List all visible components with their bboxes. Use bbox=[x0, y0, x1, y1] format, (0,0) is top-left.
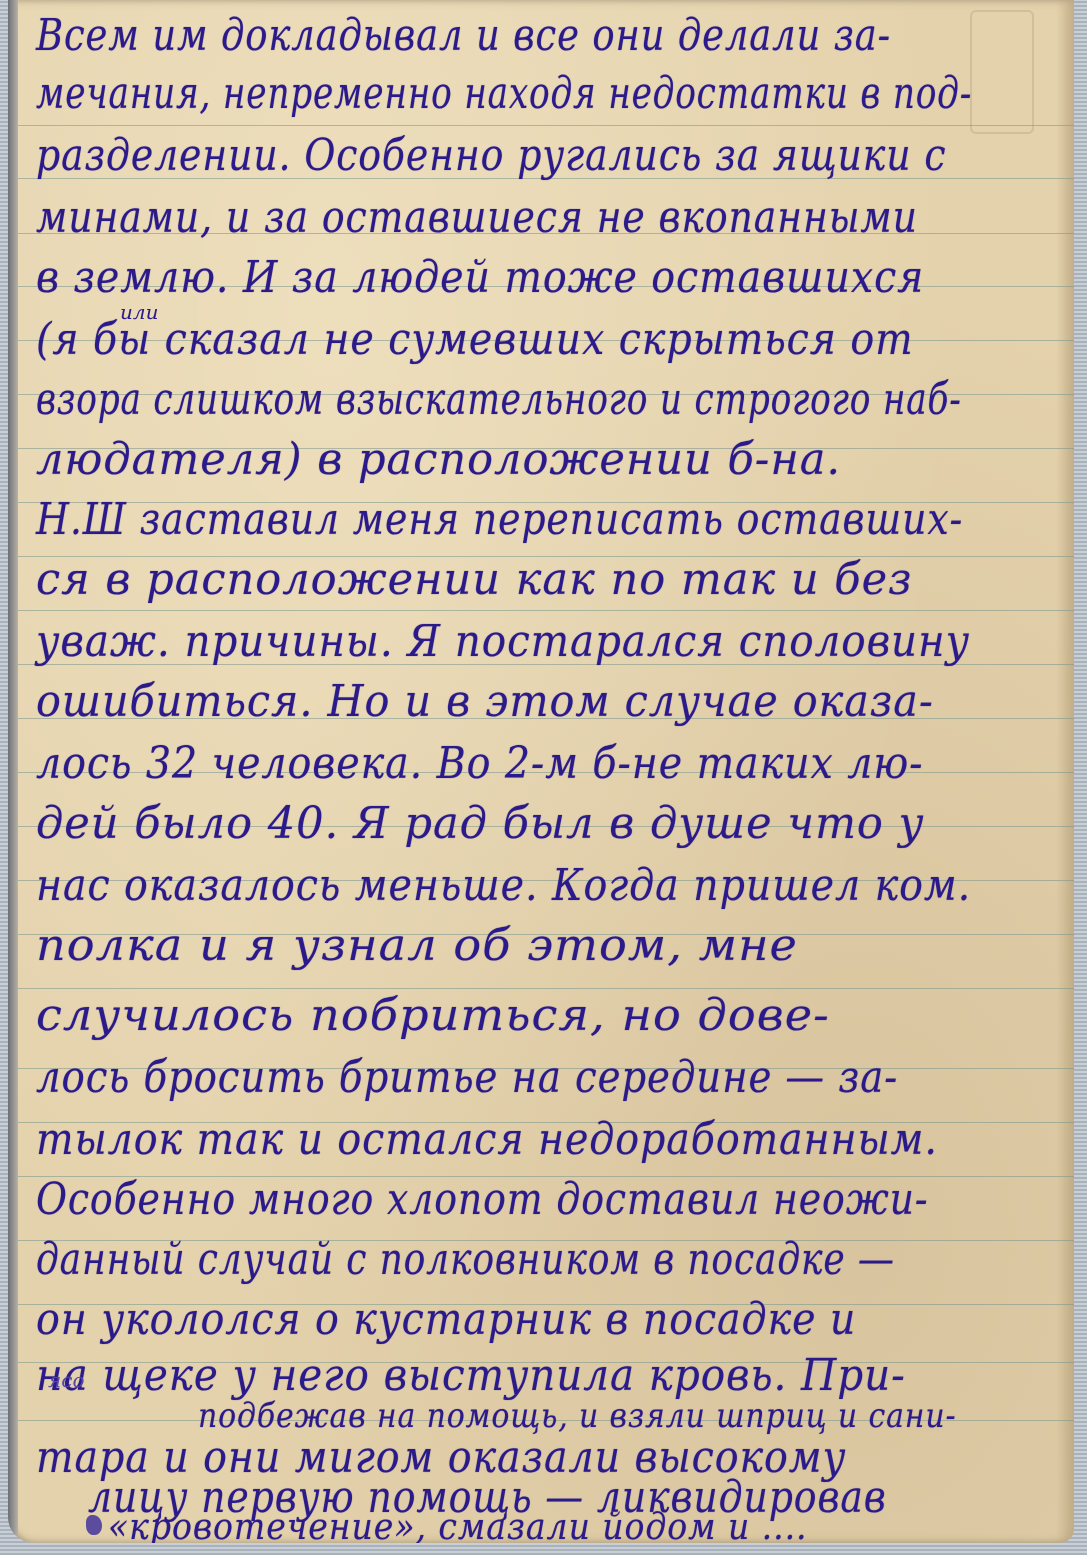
handwritten-line: данный случай с полковником в посадке — bbox=[36, 1232, 871, 1288]
handwritten-line: мечания, непременно находя недостатки в … bbox=[36, 66, 830, 122]
ruled-line bbox=[18, 125, 1074, 126]
handwritten-line: (я бы сказал не сумевших скрыться от bbox=[36, 312, 952, 368]
handwritten-line: случилось побриться, но довe- bbox=[36, 988, 1074, 1044]
handwritten-line: полка и я узнал об этом, мне bbox=[36, 918, 1074, 974]
ruled-line bbox=[18, 610, 1074, 611]
handwritten-line: дей было 40. Я рад был в душе что у bbox=[36, 796, 1034, 852]
handwritten-line: ся в расположении как по так и без bbox=[36, 552, 1034, 608]
handwritten-line: нас оказалось меньше. Когда пришел ком. bbox=[36, 858, 952, 914]
margin-note: ясо bbox=[48, 1368, 84, 1392]
handwritten-line: уваж. причины. Я постарался споловину bbox=[36, 614, 973, 670]
handwritten-line: людателя) в расположении б-на. bbox=[36, 432, 1034, 488]
notebook-page: Всем им докладывал и все они делали за- … bbox=[8, 0, 1074, 1543]
handwritten-line: Особенно много хлопот доставил неожи- bbox=[36, 1172, 911, 1228]
handwritten-line: ошибиться. Но и в этом случае оказа- bbox=[36, 674, 993, 730]
ink-blot bbox=[86, 1515, 102, 1535]
handwritten-line: лось бросить бритье на середине — за- bbox=[36, 1050, 932, 1106]
handwritten-line: «кровотечение», смазали йодом и .... bbox=[108, 1500, 978, 1543]
page-spine bbox=[8, 0, 18, 1543]
handwritten-line: Всем им докладывал и все они делали за- bbox=[36, 8, 891, 64]
handwritten-line: разделении. Особенно ругались за ящики с bbox=[36, 128, 911, 184]
handwritten-line: он укололся о кустарник в посадке и bbox=[36, 1292, 952, 1348]
handwritten-line: в землю. И за людей тоже оставшихся bbox=[36, 250, 952, 306]
handwritten-line: взора слишком взыскательного и строгого … bbox=[36, 372, 830, 428]
faint-stamp-mark bbox=[970, 10, 1034, 134]
handwritten-line: тылок так и остался недоработанным. bbox=[36, 1112, 952, 1168]
handwritten-line: минами, и за оставшиеся не вкопанными bbox=[36, 190, 911, 246]
handwritten-line: лось 32 человека. Во 2-м б-не таких лю- bbox=[36, 736, 952, 792]
handwritten-line: Н.Ш заставил меня переписать оставших- bbox=[36, 492, 911, 548]
